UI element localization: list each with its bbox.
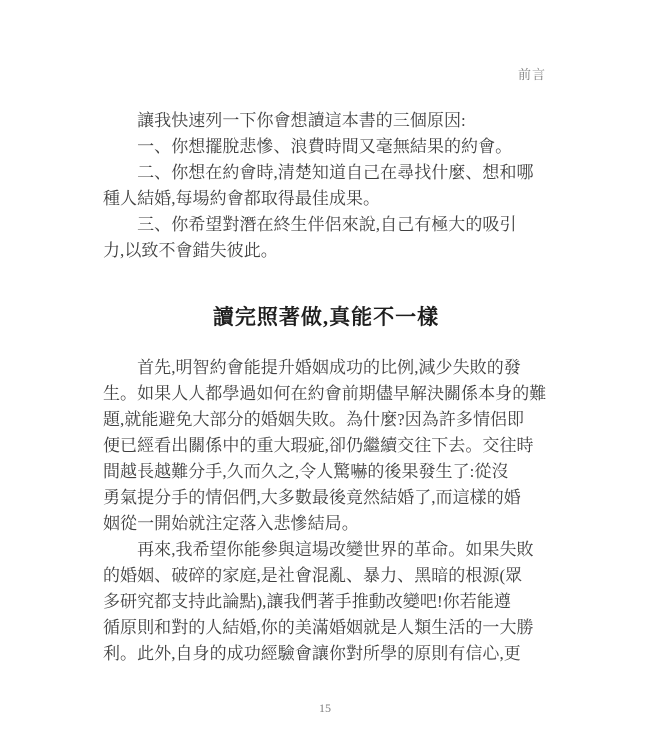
text-line: 循原則和對的人結婚,你的美滿婚姻就是人類生活的一大勝 — [103, 615, 549, 641]
text-line: 勇氣提分手的情侶們,大多數最後竟然結婚了,而這樣的婚 — [103, 485, 549, 511]
text-line: 首先,明智約會能提升婚姻成功的比例,減少失敗的發 — [103, 355, 549, 381]
text-line: 力,以致不會錯失彼此。 — [103, 238, 549, 264]
text-line: 讓我快速列一下你會想讀這本書的三個原因: — [103, 108, 549, 134]
paragraph-second: 再來,我希望你能參與這場改變世界的革命。如果失敗的婚姻、破碎的家庭,是社會混亂、… — [103, 537, 549, 667]
book-page: 前言 讓我快速列一下你會想讀這本書的三個原因: 一、你想擺脫悲慘、浪費時間又毫無… — [0, 0, 650, 750]
text-line: 姻從一開始就注定落入悲慘結局。 — [103, 511, 549, 537]
body-paragraphs: 首先,明智約會能提升婚姻成功的比例,減少失敗的發生。如果人人都學過如何在約會前期… — [103, 355, 549, 667]
text-line: 三、你希望對潛在終生伴侶來說,自己有極大的吸引 — [103, 212, 549, 238]
text-line: 間越長越難分手,久而久之,令人驚嚇的後果發生了:從沒 — [103, 459, 549, 485]
text-line: 的婚姻、破碎的家庭,是社會混亂、暴力、黑暗的根源(眾 — [103, 563, 549, 589]
text-line: 二、你想在約會時,清楚知道自己在尋找什麼、想和哪 — [103, 160, 549, 186]
text-line: 多研究都支持此論點),讓我們著手推動改變吧!你若能遵 — [103, 589, 549, 615]
paragraph-first: 首先,明智約會能提升婚姻成功的比例,減少失敗的發生。如果人人都學過如何在約會前期… — [103, 355, 549, 537]
text-line: 種人結婚,每場約會都取得最佳成果。 — [103, 186, 549, 212]
running-header: 前言 — [518, 64, 546, 83]
text-line: 便已經看出關係中的重大瑕疵,卻仍繼續交往下去。交往時 — [103, 433, 549, 459]
text-line: 題,就能避免大部分的婚姻失敗。為什麼?因為許多情侶即 — [103, 407, 549, 433]
page-number: 15 — [0, 701, 650, 716]
text-line: 生。如果人人都學過如何在約會前期儘早解決關係本身的難 — [103, 381, 549, 407]
text-line: 一、你想擺脫悲慘、浪費時間又毫無結果的約會。 — [103, 134, 549, 160]
section-heading: 讀完照著做,真能不一樣 — [103, 303, 549, 331]
text-line: 利。此外,自身的成功經驗會讓你對所學的原則有信心,更 — [103, 641, 549, 667]
intro-paragraph-list: 讓我快速列一下你會想讀這本書的三個原因: 一、你想擺脫悲慘、浪費時間又毫無結果的… — [103, 108, 549, 264]
text-line: 再來,我希望你能參與這場改變世界的革命。如果失敗 — [103, 537, 549, 563]
